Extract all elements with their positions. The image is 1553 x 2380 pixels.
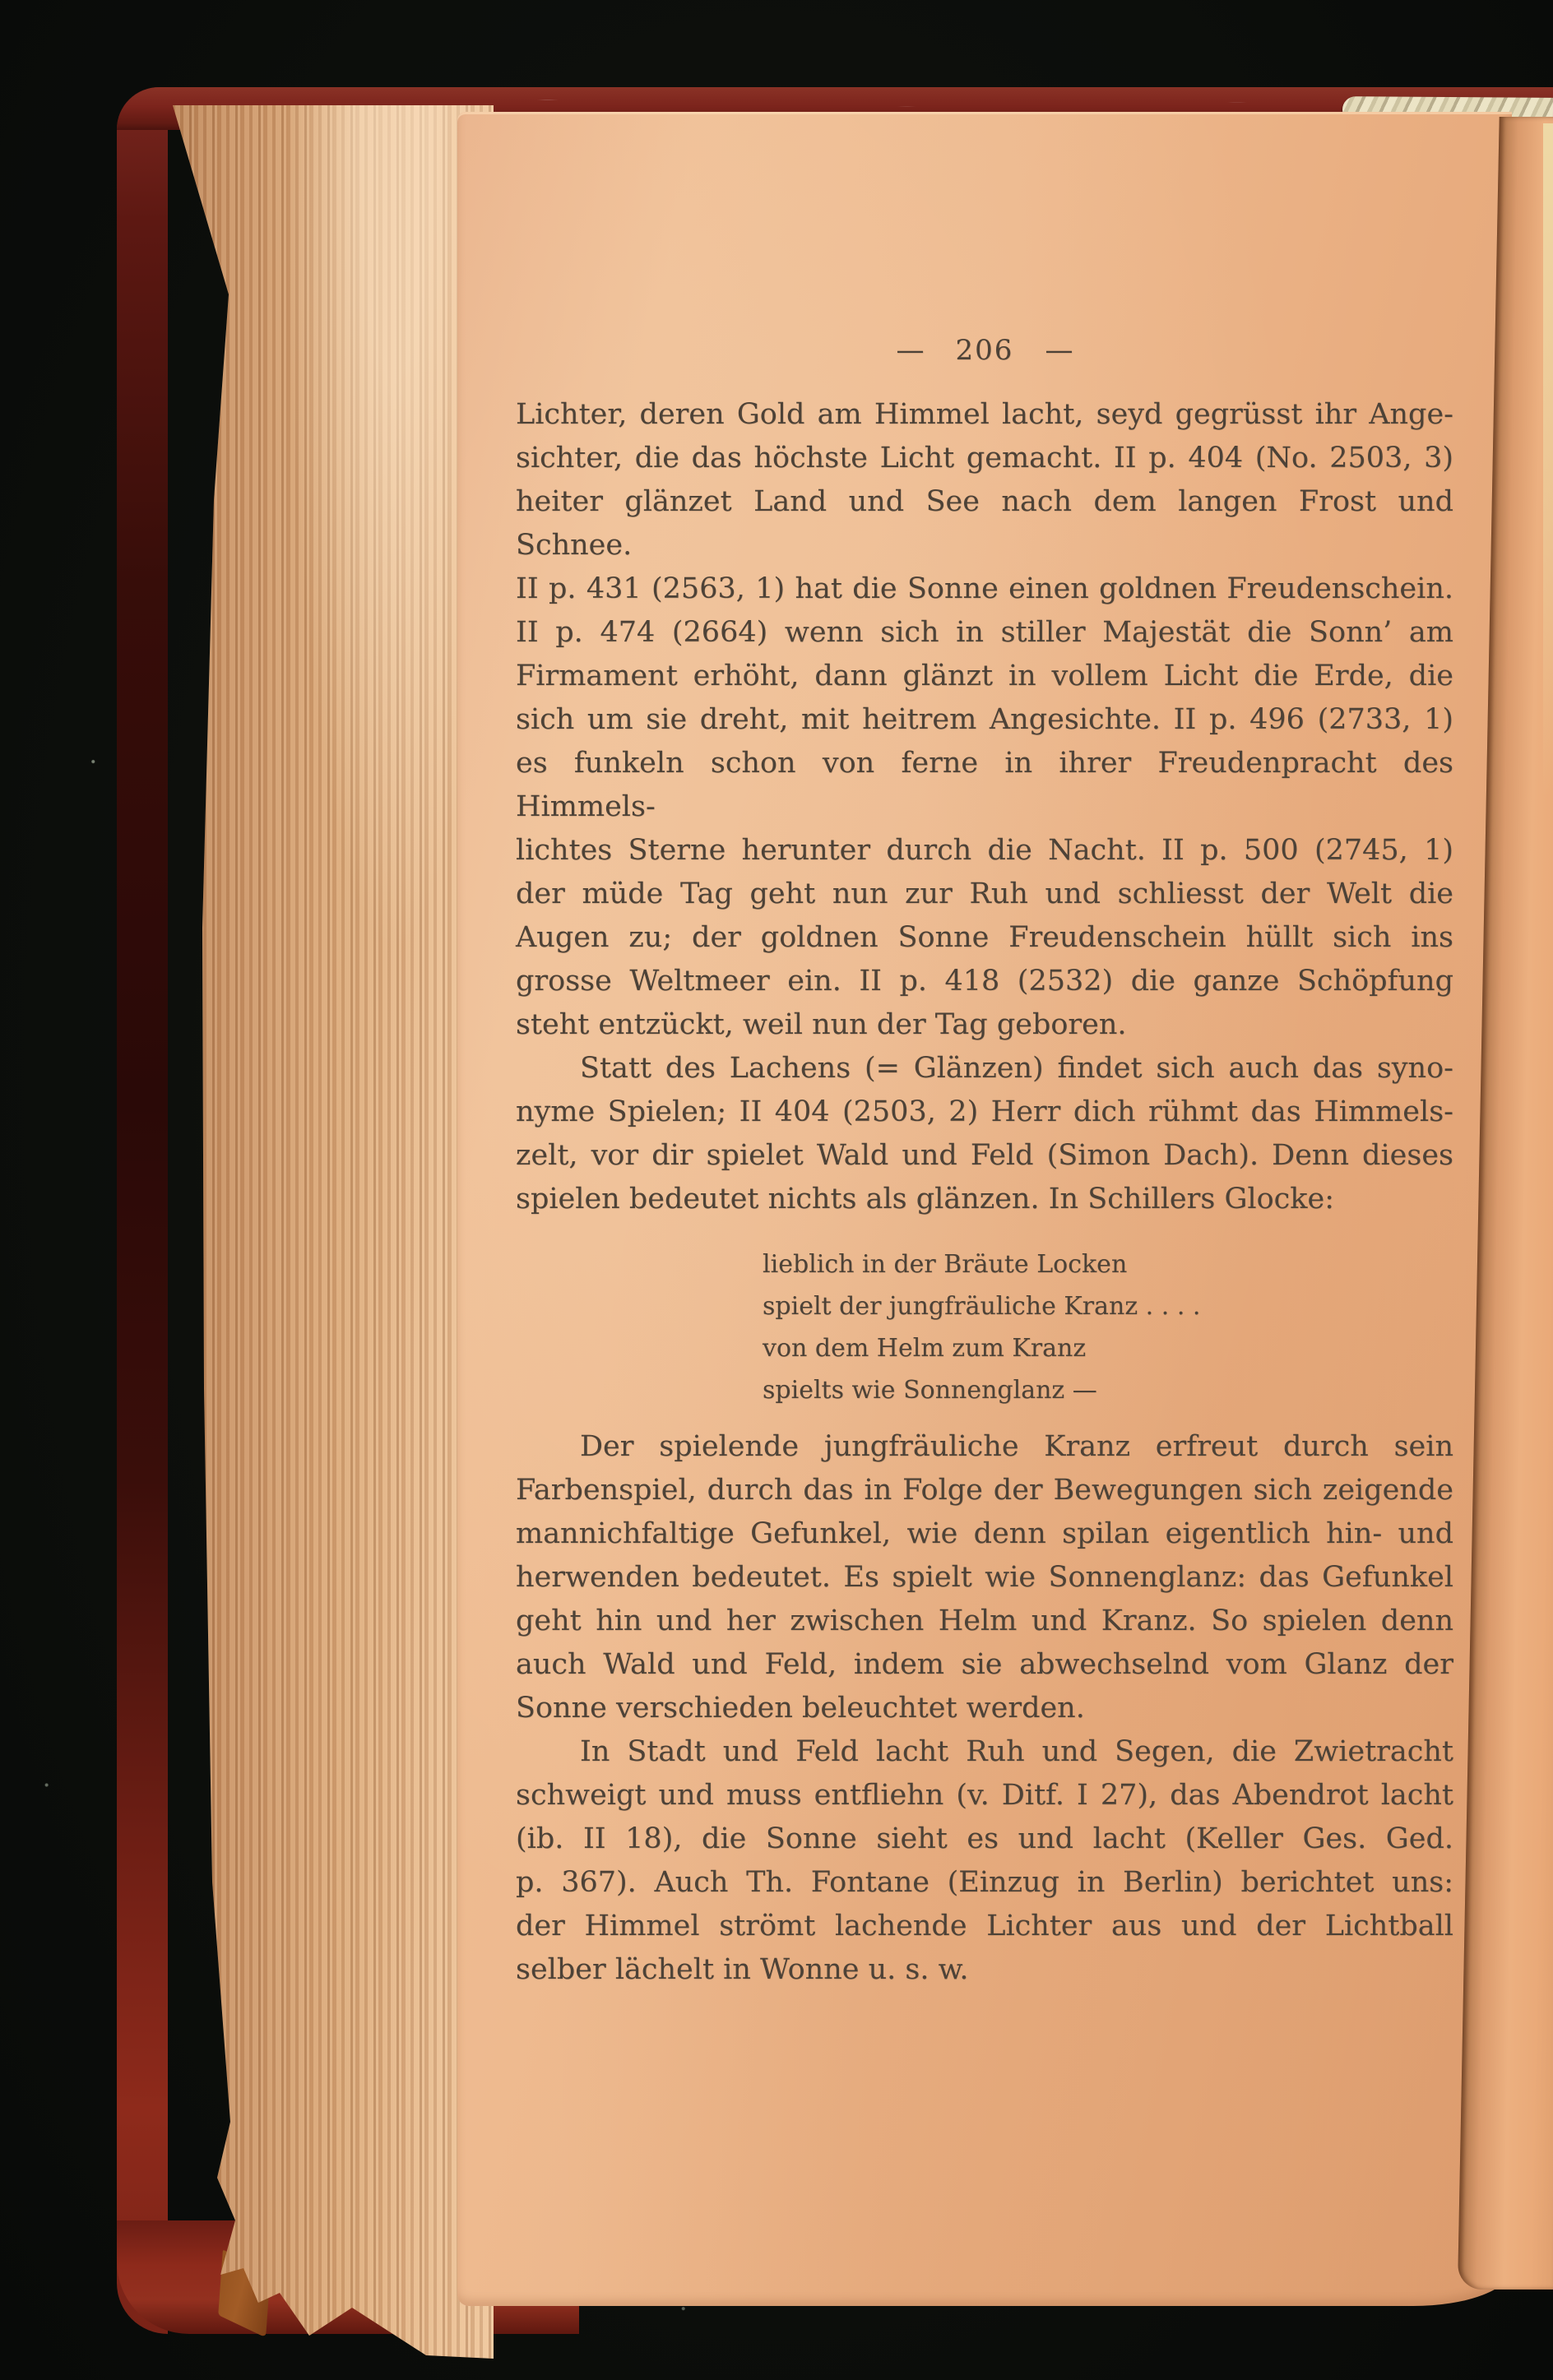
text-line: selber lächelt in Wonne u. s. w. bbox=[516, 1948, 1453, 1992]
page-number-dash-right: — bbox=[1045, 334, 1073, 367]
text-line: sichter, die das höchste Licht gemacht. … bbox=[516, 437, 1453, 480]
paragraph: Der spielende jungfräuliche Kranz erfreu… bbox=[516, 1425, 1453, 1730]
text-line: Firmament erhöht, dann glänzt in vollem … bbox=[516, 655, 1453, 698]
text-line: lichtes Sterne herunter durch die Nacht.… bbox=[516, 829, 1453, 873]
text-line: spielen bedeutet nichts als glänzen. In … bbox=[516, 1178, 1453, 1221]
text-line: II p. 431 (2563, 1) hat die Sonne einen … bbox=[516, 567, 1453, 611]
verse-line: spielt der jungfräuliche Kranz . . . . bbox=[763, 1285, 1453, 1327]
text-line: auch Wald und Feld, indem sie abwechseln… bbox=[516, 1643, 1453, 1687]
text-line: Statt des Lachens (= Glänzen) findet sic… bbox=[516, 1047, 1453, 1090]
verse-block: lieblich in der Bräute Lockenspielt der … bbox=[763, 1243, 1453, 1411]
text-line: nyme Spielen; II 404 (2503, 2) Herr dich… bbox=[516, 1090, 1453, 1134]
text-line: grosse Weltmeer ein. II p. 418 (2532) di… bbox=[516, 960, 1453, 1003]
text-line: II p. 474 (2664) wenn sich in stiller Ma… bbox=[516, 611, 1453, 655]
text-line: sich um sie dreht, mit heitrem Angesicht… bbox=[516, 698, 1453, 742]
text-line: (ib. II 18), die Sonne sieht es und lach… bbox=[516, 1817, 1453, 1861]
text-line: Farbenspiel, durch das in Folge der Bewe… bbox=[516, 1469, 1453, 1512]
verse-line: lieblich in der Bräute Locken bbox=[763, 1243, 1453, 1285]
text-line: Lichter, deren Gold am Himmel lacht, sey… bbox=[516, 393, 1453, 437]
text-line: zelt, vor dir spielet Wald und Feld (Sim… bbox=[516, 1134, 1453, 1178]
text-line: der müde Tag geht nun zur Ruh und schlie… bbox=[516, 873, 1453, 916]
text-line: heiter glänzet Land und See nach dem lan… bbox=[516, 480, 1453, 567]
text-line: Sonne verschieden beleuchtet werden. bbox=[516, 1687, 1453, 1730]
paragraph: In Stadt und Feld lacht Ruh und Segen, d… bbox=[516, 1730, 1453, 1992]
text-line: schweigt und muss entfliehn (v. Ditf. I … bbox=[516, 1774, 1453, 1817]
text-line: steht entzückt, weil nun der Tag geboren… bbox=[516, 1003, 1453, 1047]
verse-line: von dem Helm zum Kranz bbox=[763, 1327, 1453, 1369]
next-page-edge bbox=[1543, 123, 1553, 798]
page-number-dash-left: — bbox=[897, 334, 925, 367]
text-line: es funkeln schon von ferne in ihrer Freu… bbox=[516, 742, 1453, 829]
text-line: der Himmel strömt lachende Lichter aus u… bbox=[516, 1905, 1453, 1948]
page-number: 206 bbox=[956, 334, 1014, 367]
text-line: herwenden bedeutet. Es spielt wie Sonnen… bbox=[516, 1556, 1453, 1600]
text-line: Der spielende jungfräuliche Kranz erfreu… bbox=[516, 1425, 1453, 1469]
text-line: Augen zu; der goldnen Sonne Freudenschei… bbox=[516, 916, 1453, 960]
book-cover-left-edge bbox=[117, 87, 168, 2334]
text-line: In Stadt und Feld lacht Ruh und Segen, d… bbox=[516, 1730, 1453, 1774]
text-line: p. 367). Auch Th. Fontane (Einzug in Ber… bbox=[516, 1861, 1453, 1905]
verse-line: spielts wie Sonnenglanz — bbox=[763, 1369, 1453, 1411]
paragraph: Lichter, deren Gold am Himmel lacht, sey… bbox=[516, 393, 1453, 1047]
text-body: Lichter, deren Gold am Himmel lacht, sey… bbox=[516, 393, 1453, 1992]
text-line: geht hin und her zwischen Helm und Kranz… bbox=[516, 1600, 1453, 1643]
text-line: mannichfaltige Gefunkel, wie denn spilan… bbox=[516, 1512, 1453, 1556]
running-head: —206— bbox=[516, 331, 1453, 370]
book-scan-photo: —206— Lichter, deren Gold am Himmel lach… bbox=[0, 0, 1553, 2380]
paragraph: Statt des Lachens (= Glänzen) findet sic… bbox=[516, 1047, 1453, 1221]
